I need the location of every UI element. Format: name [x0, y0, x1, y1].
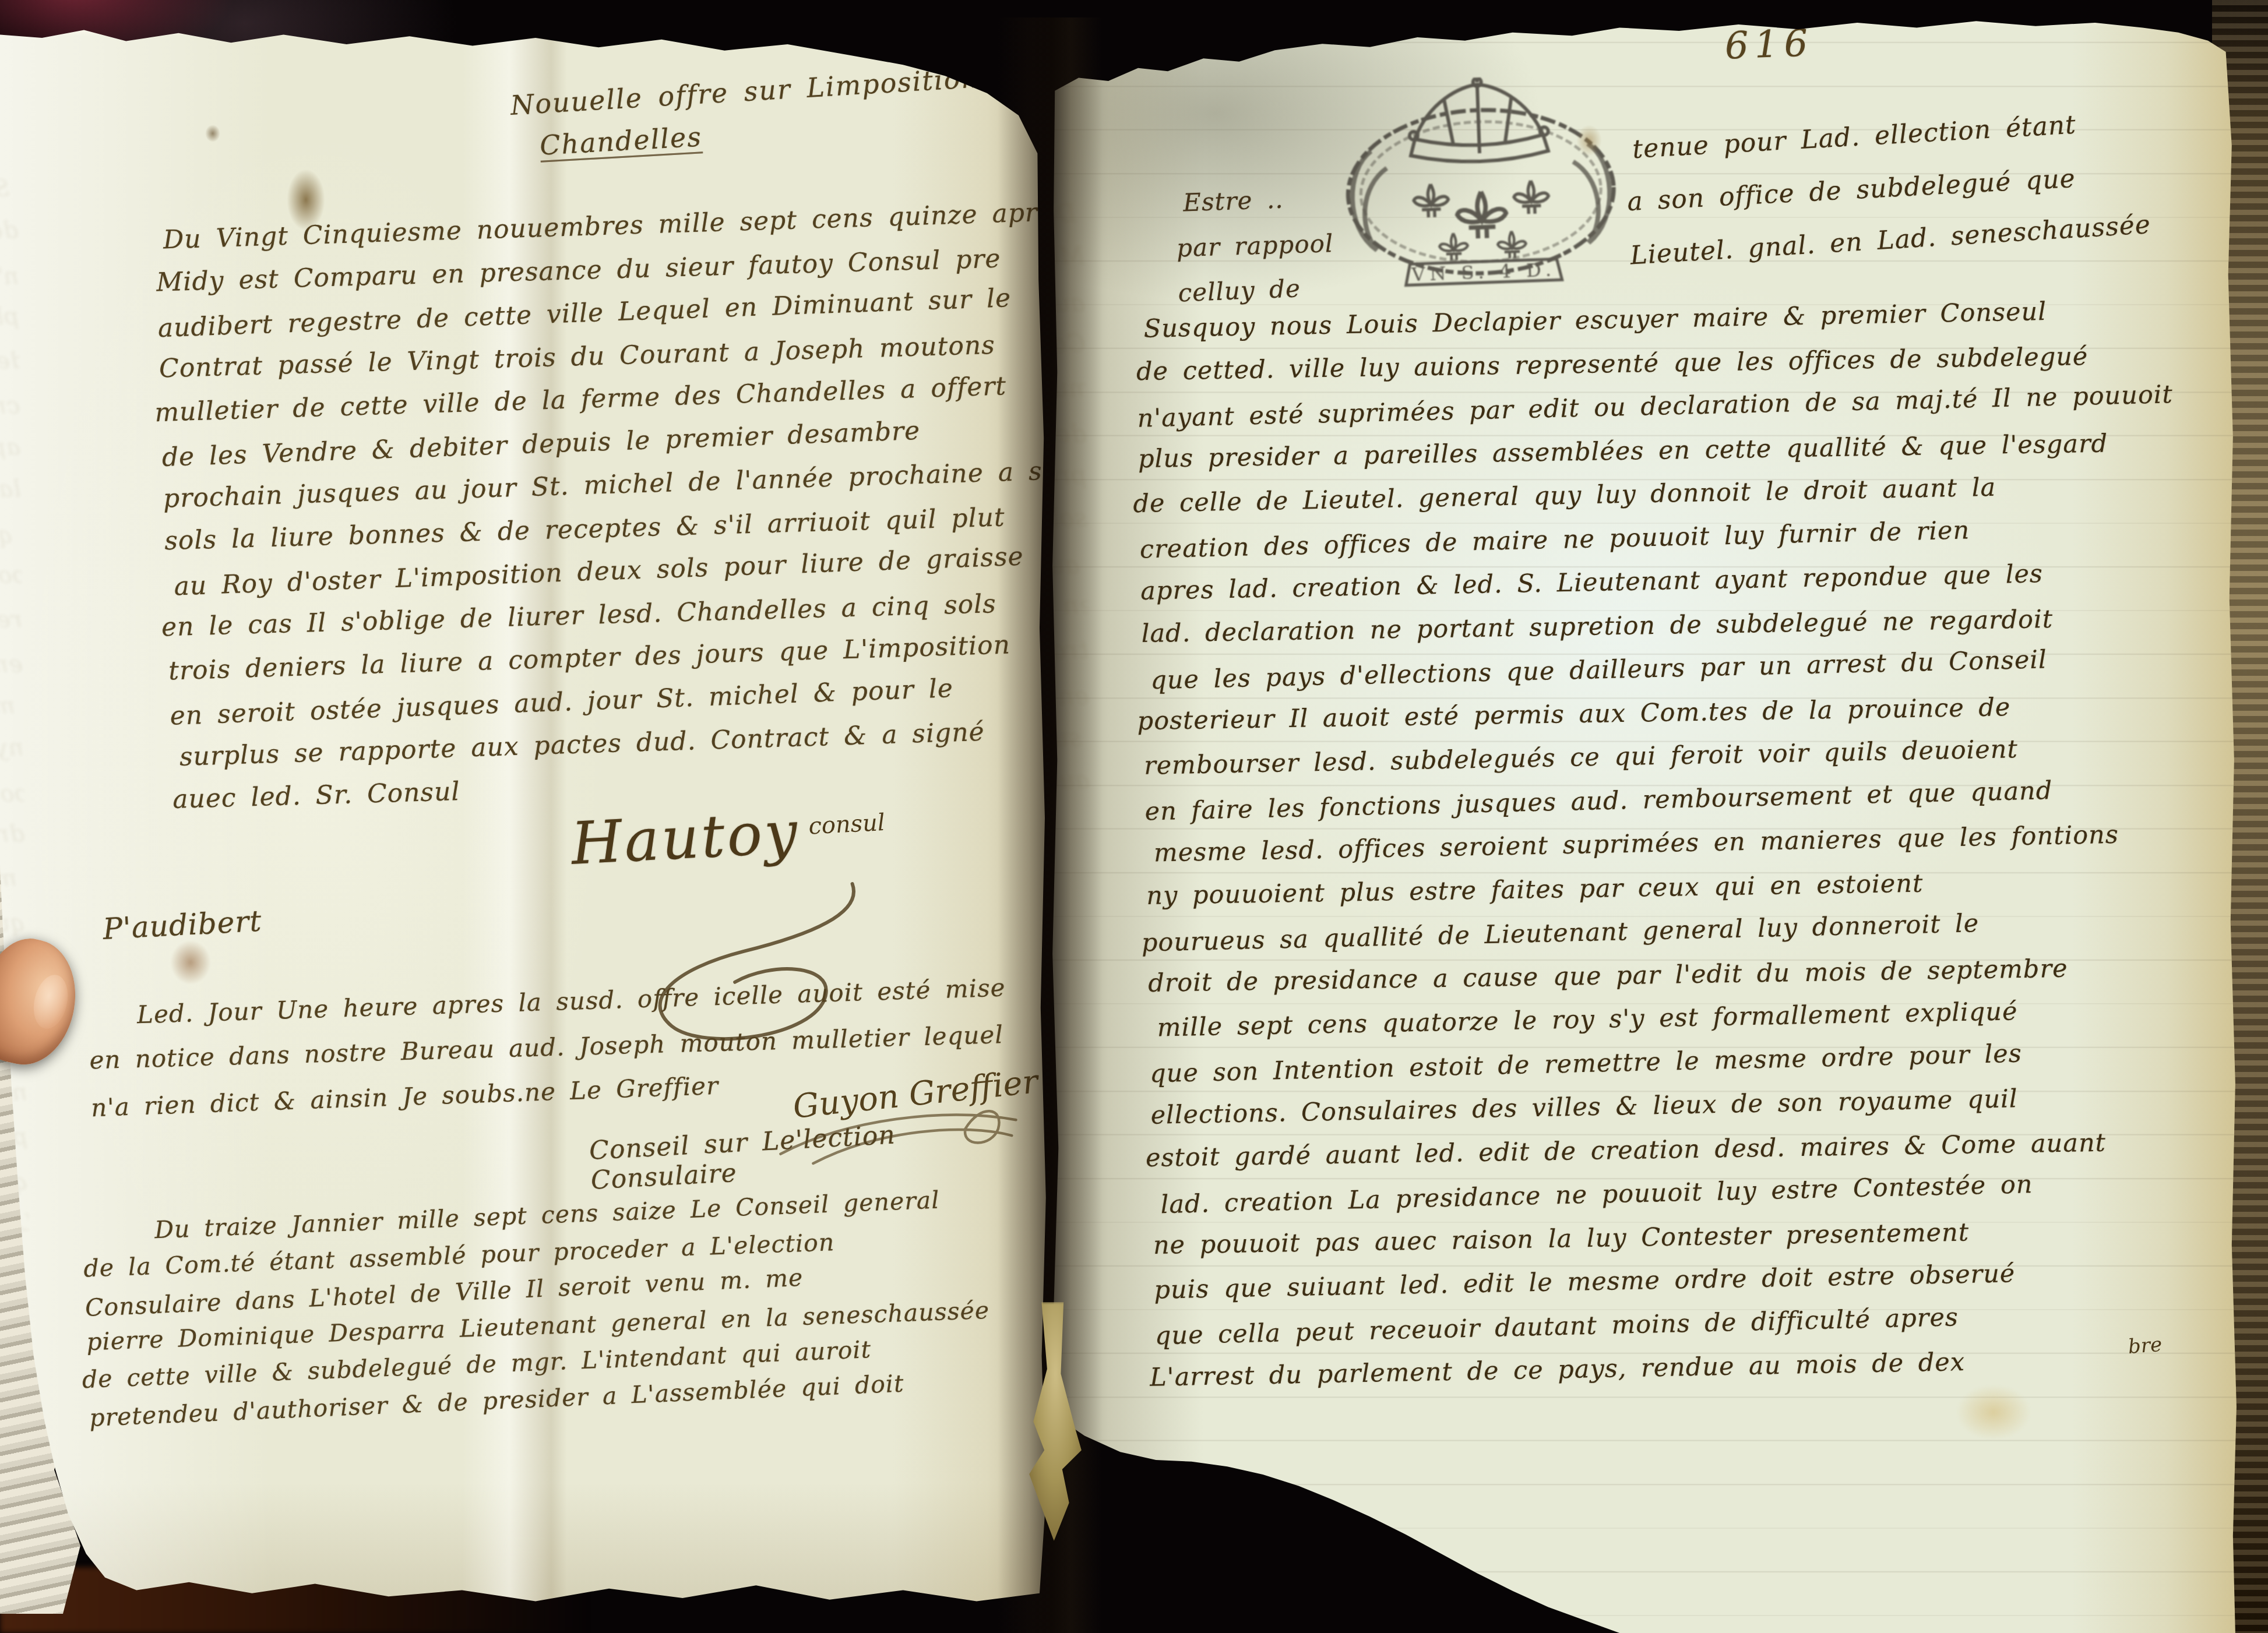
manuscript-photo: Susquoy nous Louis Declapier escuyer mai…	[0, 0, 2268, 1633]
margin-note-line: Estre ..	[1182, 175, 1333, 225]
bleed-line: de celle de Lieutel. general quy luy don…	[0, 339, 26, 393]
bleed-line: mesme lesd. offices seroient suprimées e…	[0, 684, 15, 738]
paper-speck	[205, 125, 220, 142]
bleed-line: que les pays d'ellections que dailleurs …	[0, 514, 13, 563]
bleed-line: n'ayant esté suprimées par edit ou decla…	[0, 255, 19, 305]
margin-note-line: par rappool	[1176, 221, 1334, 271]
paper-stain	[170, 940, 211, 985]
bleed-line: de cetted. ville luy auions representé q…	[0, 209, 19, 265]
stamp-cartouche	[1346, 105, 1617, 278]
left-page-paragraph-3: Du traize Jannier mille sept cens saize …	[82, 1180, 993, 1434]
bleed-line: ny pouuoient plus estre faites par ceux …	[0, 726, 24, 782]
bleed-line: posterieur Il auoit esté permis aux Com.…	[0, 553, 28, 611]
right-page[interactable]: Du Vingt Cinquiesme nouuembres mille sep…	[1049, 16, 2238, 1633]
bleed-line: Susquoy nous Louis Declapier escuyer mai…	[0, 167, 10, 220]
catchword: bre	[2128, 1333, 2163, 1359]
margin-notes: Estre ..par rappoolcelluy de	[1174, 175, 1336, 315]
signature-name: Hautoy	[569, 798, 801, 878]
bleed-line: mille sept cens quatorze le roy s'y est …	[0, 856, 17, 910]
right-page-body: Susquoy nous Louis Declapier escuyer mai…	[1135, 288, 2192, 1400]
bleed-line: apres lad. creation & led. S. Lieutenant…	[0, 425, 20, 479]
bleed-line: plus presider a pareilles assemblées en …	[0, 295, 19, 351]
right-page-opening-lines: tenue pour Lad. ellection étanta son off…	[1623, 95, 2152, 281]
bleed-line: creation des offices de maire ne pouuoit…	[0, 385, 20, 434]
bleed-line: rembourser lesd. subdelegués ce qui fero…	[0, 598, 23, 651]
left-page-paragraph-1: Du Vingt Cinquiesme nouuembres mille sep…	[154, 191, 1050, 823]
left-page-heading: Nouuelle offre sur Limposition desChande…	[501, 53, 1049, 169]
signature-title: consul	[808, 809, 886, 840]
bleed-line: en faire les fonctions jusques aud. remb…	[0, 643, 23, 693]
stamp-value-band: VN S. 4 D.	[1406, 258, 1562, 285]
left-page[interactable]: Susquoy nous Louis Declapier escuyer mai…	[0, 27, 1050, 1609]
fleur-de-lis-icons	[1413, 180, 1551, 262]
bleed-line: droit de presidance a cause que par l'ed…	[0, 812, 24, 869]
page-number: 616	[1724, 22, 1815, 68]
bleed-line: pourueus sa quallité de Lieutenant gener…	[0, 772, 30, 821]
bleed-line: lad. declaration ne portant supretion de…	[0, 467, 21, 524]
audibert-countersignature: P'audibert	[102, 904, 263, 946]
tax-stamp: VN S. 4 D.	[1334, 73, 1628, 302]
